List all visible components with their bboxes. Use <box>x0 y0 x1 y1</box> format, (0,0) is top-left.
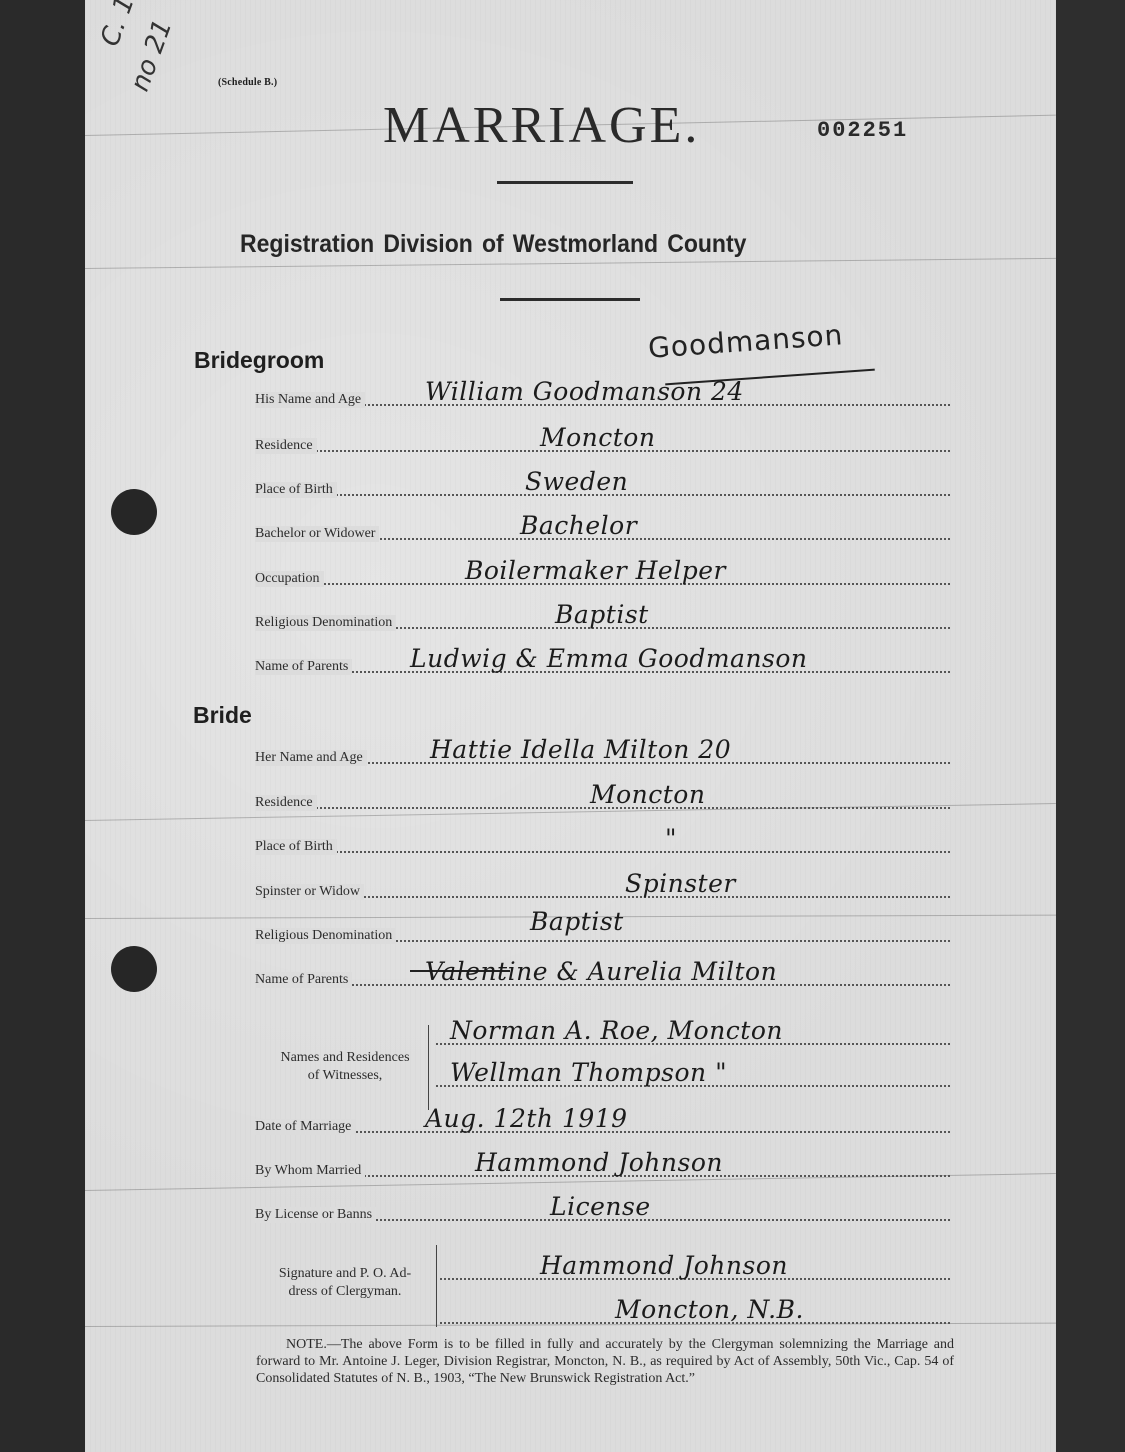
field-clergyman-signature[interactable]: Hammond Johnson <box>440 1260 950 1284</box>
field-officiant[interactable]: By Whom Married Hammond Johnson <box>255 1157 950 1181</box>
field-label: Residence <box>255 438 317 454</box>
field-label: Spinster or Widow <box>255 884 364 900</box>
handwritten-value: Moncton <box>540 423 655 452</box>
field-label: Date of Marriage <box>255 1119 355 1135</box>
handwritten-value: Bachelor <box>520 511 637 540</box>
handwritten-value: Ludwig & Emma Goodmanson <box>410 644 808 673</box>
field-bride-religion[interactable]: Religious Denomination Baptist <box>255 922 950 946</box>
handwritten-value: License <box>550 1192 651 1221</box>
handwritten-value: Hammond Johnson <box>475 1148 723 1177</box>
clergyman-bracket <box>436 1245 437 1327</box>
field-date-of-marriage[interactable]: Date of Marriage Aug. 12th 1919 <box>255 1113 950 1137</box>
dotted-line <box>255 851 950 853</box>
handwritten-value: " <box>665 824 677 853</box>
field-groom-name-age[interactable]: His Name and Age William Goodmanson 24 <box>255 386 950 410</box>
registration-division: Registration Division of Westmorland Cou… <box>240 230 746 259</box>
handwritten-value: Hattie Idella Milton 20 <box>430 735 731 764</box>
instruction-note: NOTE.—The above Form is to be filled in … <box>256 1336 954 1387</box>
punch-hole <box>111 946 157 992</box>
field-bride-residence[interactable]: Residence Moncton <box>255 789 950 813</box>
scan-border-left <box>0 0 85 1452</box>
handwritten-signature: Hammond Johnson <box>540 1251 788 1280</box>
field-bride-parents[interactable]: Name of Parents Valentine & Aurelia Milt… <box>255 966 950 990</box>
field-label: His Name and Age <box>255 392 365 408</box>
handwritten-value: Moncton, N.B. <box>615 1295 804 1324</box>
division-divider <box>500 298 640 301</box>
handwritten-value: William Goodmanson 24 <box>425 377 744 406</box>
serial-number: 002251 <box>817 118 908 143</box>
handwritten-value: Spinster <box>625 869 736 898</box>
witnesses-label: Names and Residences of Witnesses, <box>250 1049 440 1085</box>
witnesses-label-line2: of Witnesses, <box>250 1067 440 1085</box>
field-label: Name of Parents <box>255 659 352 675</box>
field-label: Religious Denomination <box>255 928 396 944</box>
field-witness-2[interactable]: Wellman Thompson " <box>436 1067 950 1091</box>
field-groom-occupation[interactable]: Occupation Boilermaker Helper <box>255 565 950 589</box>
field-label: Occupation <box>255 571 324 587</box>
handwritten-value: Valentine & Aurelia Milton <box>425 957 777 986</box>
field-groom-residence[interactable]: Residence Moncton <box>255 432 950 456</box>
field-groom-status[interactable]: Bachelor or Widower Bachelor <box>255 520 950 544</box>
field-bride-status[interactable]: Spinster or Widow Spinster <box>255 878 950 902</box>
handwritten-value: Baptist <box>555 600 649 629</box>
handwritten-value: Sweden <box>525 467 628 496</box>
field-label: Religious Denomination <box>255 615 396 631</box>
handwritten-value: Boilermaker Helper <box>465 556 726 585</box>
field-groom-parents[interactable]: Name of Parents Ludwig & Emma Goodmanson <box>255 653 950 677</box>
scan-border-right <box>1056 0 1125 1452</box>
field-label: Place of Birth <box>255 482 337 498</box>
field-groom-birthplace[interactable]: Place of Birth Sweden <box>255 476 950 500</box>
field-license-or-banns[interactable]: By License or Banns License <box>255 1201 950 1225</box>
handwritten-value: Moncton <box>590 780 705 809</box>
field-label: Place of Birth <box>255 839 337 855</box>
bridegroom-heading: Bridegroom <box>194 347 324 374</box>
field-bride-name-age[interactable]: Her Name and Age Hattie Idella Milton 20 <box>255 744 950 768</box>
handwritten-value: Wellman Thompson " <box>450 1058 727 1087</box>
field-label: Her Name and Age <box>255 750 367 766</box>
field-groom-religion[interactable]: Religious Denomination Baptist <box>255 609 950 633</box>
field-label: By Whom Married <box>255 1163 365 1179</box>
field-label: Residence <box>255 795 317 811</box>
punch-hole <box>111 489 157 535</box>
clergyman-label: Signature and P. O. Ad- dress of Clergym… <box>255 1265 435 1301</box>
handwritten-value: Aug. 12th 1919 <box>425 1104 628 1133</box>
page-title: MARRIAGE. <box>383 96 700 156</box>
clergyman-label-line2: dress of Clergyman. <box>255 1283 435 1301</box>
witnesses-bracket <box>428 1025 429 1110</box>
field-bride-birthplace[interactable]: Place of Birth " <box>255 833 950 857</box>
field-clergyman-address[interactable]: Moncton, N.B. <box>440 1304 950 1328</box>
schedule-label: (Schedule B.) <box>218 77 277 88</box>
field-label: By License or Banns <box>255 1207 376 1223</box>
handwritten-value: Baptist <box>530 907 624 936</box>
field-witness-1[interactable]: Norman A. Roe, Moncton <box>436 1025 950 1049</box>
field-label: Bachelor or Widower <box>255 526 379 542</box>
bride-heading: Bride <box>193 702 252 729</box>
handwritten-value: Norman A. Roe, Moncton <box>450 1016 783 1045</box>
title-divider <box>497 181 633 184</box>
clergyman-label-line1: Signature and P. O. Ad- <box>255 1265 435 1283</box>
field-label: Name of Parents <box>255 972 352 988</box>
witnesses-label-line1: Names and Residences <box>250 1049 440 1067</box>
